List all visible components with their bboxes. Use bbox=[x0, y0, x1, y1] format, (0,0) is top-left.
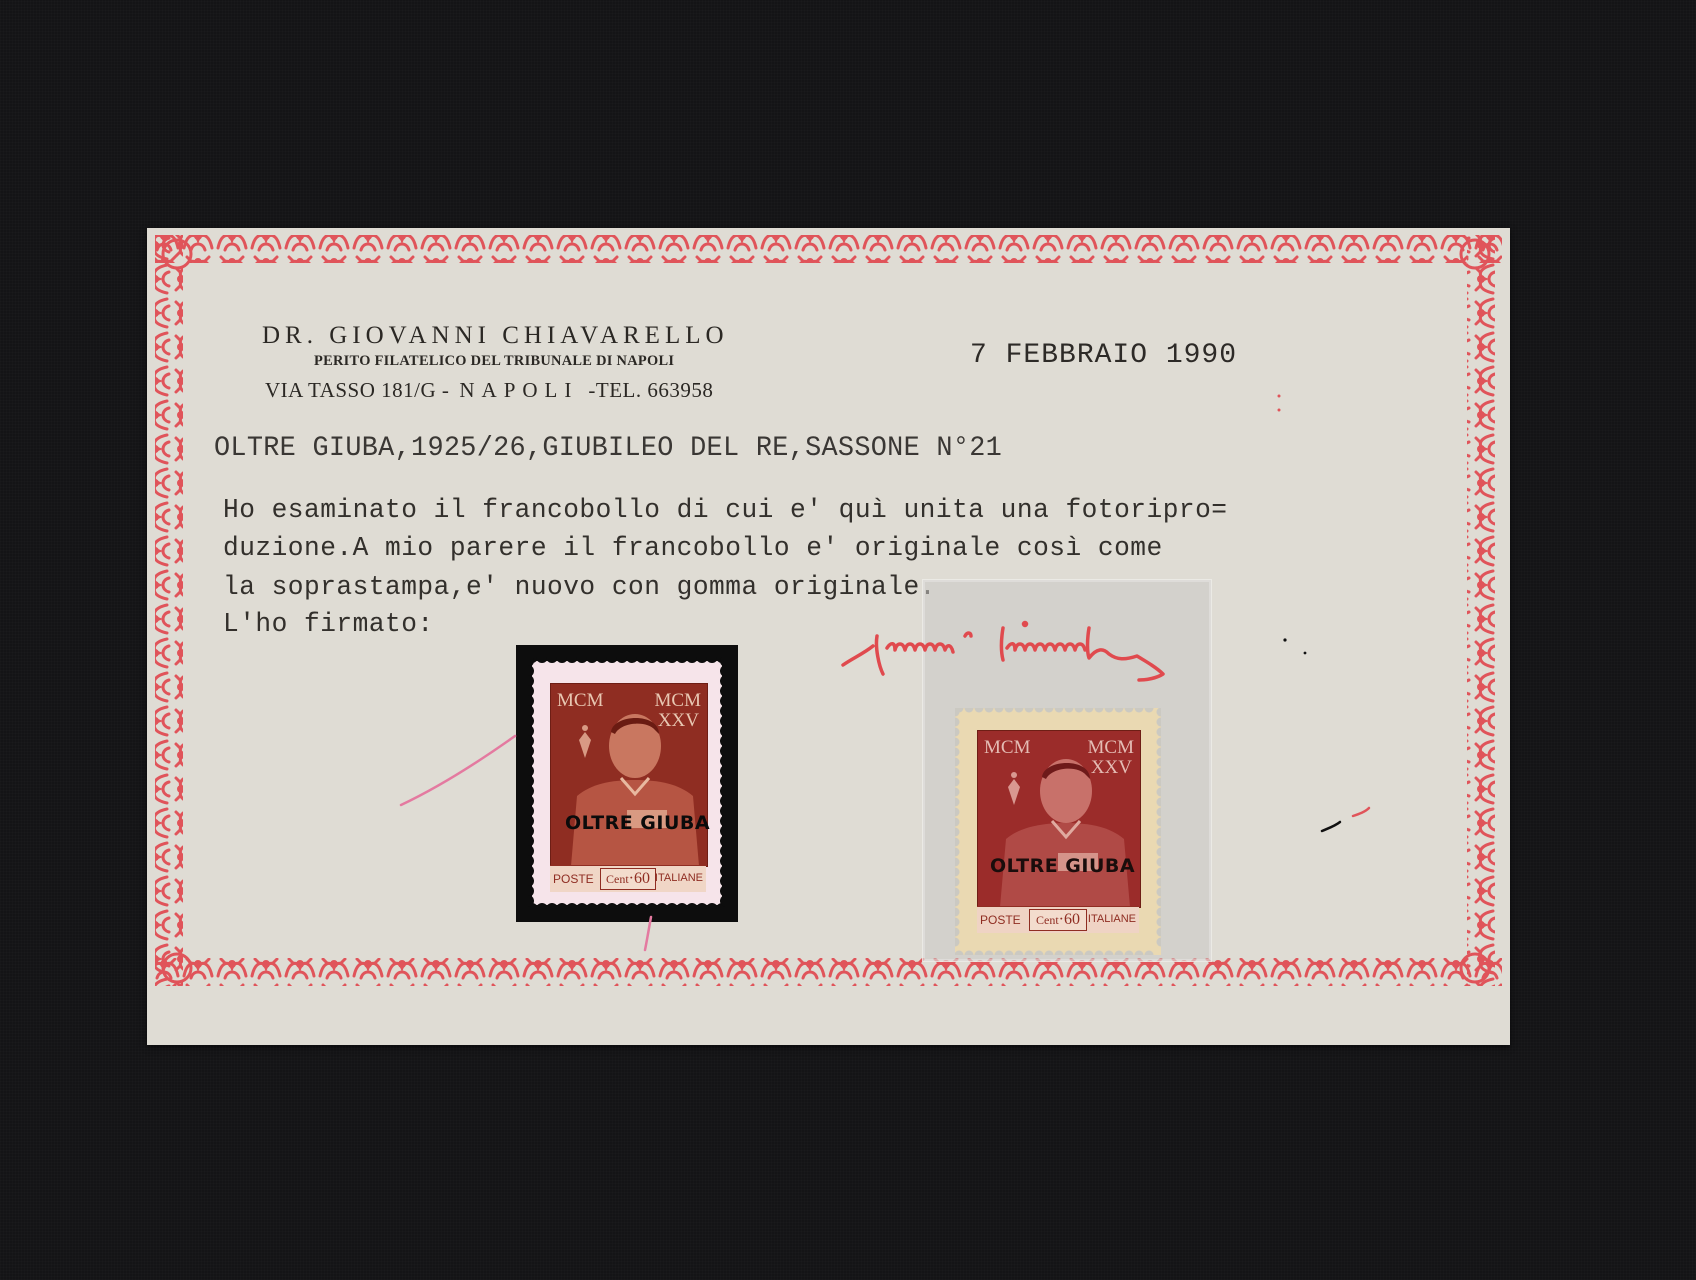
signature-icon bbox=[843, 623, 1163, 681]
signature-overlay bbox=[147, 228, 1510, 1045]
expertise-certificate: DR. GIOVANNI CHIAVARELLO PERITO FILATELI… bbox=[147, 228, 1510, 1045]
